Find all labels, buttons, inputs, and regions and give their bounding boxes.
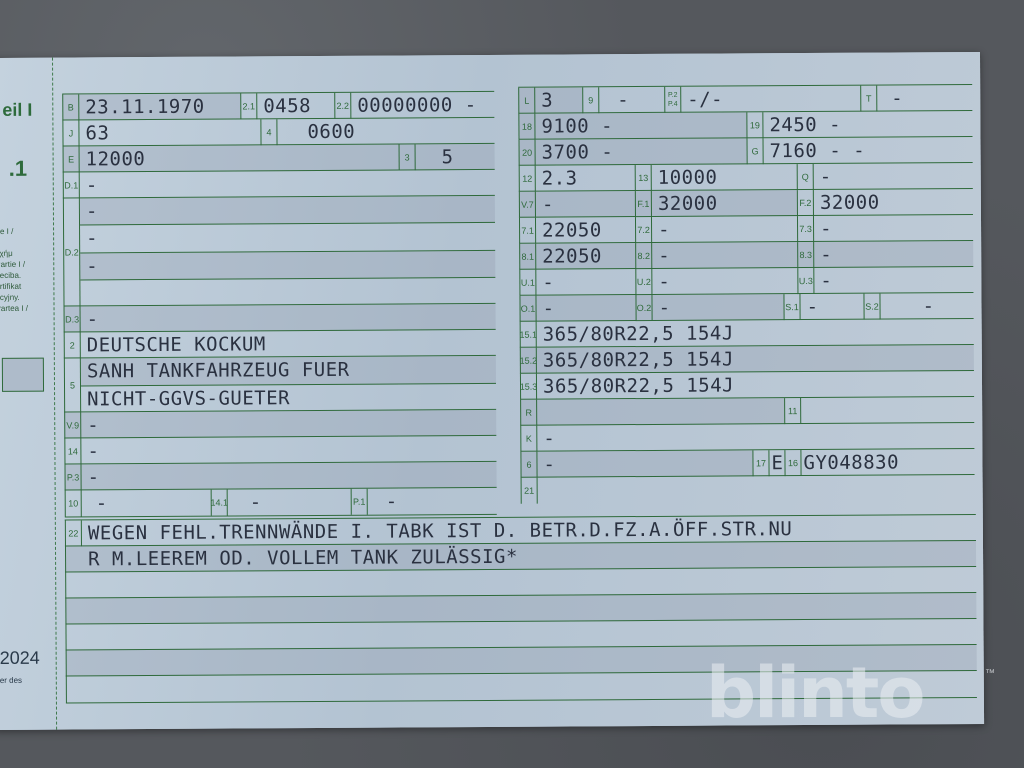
field-q: Q- bbox=[797, 163, 973, 190]
field-l: L3 bbox=[518, 87, 582, 113]
field-v9: V.9- bbox=[64, 410, 496, 439]
field-o1: O.1- bbox=[519, 295, 635, 322]
field-19: 192450 - bbox=[746, 111, 972, 138]
left-section: B23.11.1970 2.10458 2.200000000 - J63 40… bbox=[62, 73, 494, 76]
field-2-1: 2.10458 bbox=[240, 93, 334, 120]
row-j: J63 40600 bbox=[62, 117, 494, 147]
row-21: 21 bbox=[521, 474, 975, 504]
form-grid: B23.11.1970 2.10458 2.200000000 - J63 40… bbox=[62, 70, 972, 76]
row-5: 5 SANH TANKFAHRZEUG FUER NICHT-GGVS-GUET… bbox=[64, 355, 496, 413]
row-b: B23.11.1970 2.10458 2.200000000 - bbox=[62, 91, 494, 121]
row-18: 189100 - 192450 - bbox=[518, 110, 972, 140]
field-f1: F.132000 bbox=[635, 190, 797, 217]
row-15-3: 15.3365/80R22,5 154J bbox=[520, 370, 974, 400]
row-6: 6- 17E 16GY048830 bbox=[520, 448, 974, 478]
row-k: K- bbox=[520, 422, 974, 452]
stub-title: eil I bbox=[2, 100, 32, 121]
row-d3: D.3- bbox=[64, 303, 496, 333]
field-8-3: 8.3- bbox=[797, 241, 973, 268]
field-8-2: 8.2- bbox=[635, 242, 797, 269]
field-18: 189100 - bbox=[518, 112, 746, 139]
field-8-1: 8.122050 bbox=[519, 243, 635, 270]
field-6: 6- bbox=[520, 450, 752, 477]
field-d1: D.1- bbox=[63, 170, 495, 199]
row-d1: D.1- bbox=[63, 169, 495, 199]
field-7-2: 7.2- bbox=[635, 216, 797, 243]
row-v9: V.9- bbox=[64, 409, 496, 439]
row-e: E12000 35 bbox=[63, 143, 495, 173]
field-u2: U.2- bbox=[635, 268, 797, 295]
stub-languages: rte I / οχήμ Partie I / neciba. ertifika… bbox=[0, 226, 28, 314]
right-section: L3 9- P.2 P.4-/- T- 189100 - 192450 - 20… bbox=[518, 70, 972, 73]
field-s1: S.1- bbox=[783, 294, 863, 320]
field-2-manufacturer: 2DEUTSCHE KOCKUM bbox=[64, 330, 496, 359]
row-10: 10- 14.1- P.1- bbox=[65, 487, 497, 518]
field-10: 10- bbox=[65, 490, 211, 517]
field-4: 40600 bbox=[260, 118, 494, 145]
field-r: R bbox=[520, 398, 784, 426]
field-t: T- bbox=[860, 85, 972, 112]
trademark-symbol: ™ bbox=[985, 668, 995, 679]
stub-year: 2024 bbox=[0, 648, 40, 669]
row-d2: D.2 - - - bbox=[63, 195, 496, 307]
row-14: 14- bbox=[64, 435, 496, 465]
row-v7: V.7- F.132000 F.232000 bbox=[519, 188, 973, 218]
row-7-1: 7.122050 7.2- 7.3- bbox=[519, 214, 973, 244]
field-e: E12000 bbox=[63, 145, 399, 173]
field-p1: P.1- bbox=[351, 488, 497, 515]
document-stub: eil I .1 rte I / οχήμ Partie I / neciba.… bbox=[0, 58, 57, 730]
field-g: G7160 - - bbox=[747, 137, 973, 164]
row-20: 203700 - G7160 - - bbox=[519, 136, 973, 166]
field-11: 11 bbox=[784, 397, 974, 424]
row-15-1: 15.1365/80R22,5 154J bbox=[520, 318, 974, 348]
row-r: R 11 bbox=[520, 396, 974, 426]
field-v7: V.7- bbox=[519, 191, 635, 218]
field-d3: D.3- bbox=[64, 304, 496, 333]
field-p3: P.3- bbox=[64, 462, 496, 491]
stub-footer: er des bbox=[0, 676, 22, 685]
row-2: 2DEUTSCHE KOCKUM bbox=[64, 329, 496, 359]
field-d2: D.2 - - - bbox=[63, 196, 496, 307]
row-u1: U.1- U.2- U.3- bbox=[519, 266, 973, 296]
row-15-2: 15.2365/80R22,5 154J bbox=[520, 344, 974, 374]
row-8-1: 8.122050 8.2- 8.3- bbox=[519, 240, 973, 270]
field-o2: O.2- bbox=[635, 294, 783, 321]
field-16: 16GY048830 bbox=[784, 449, 974, 476]
field-j: J63 bbox=[62, 119, 260, 146]
field-5-vehicle-type: 5 SANH TANKFAHRZEUG FUER NICHT-GGVS-GUET… bbox=[64, 356, 496, 413]
field-12: 122.3 bbox=[519, 165, 635, 192]
field-9: 9- bbox=[582, 87, 664, 114]
row-o1: O.1- O.2- S.1- S.2- bbox=[519, 292, 973, 322]
field-b: B23.11.1970 bbox=[62, 93, 240, 120]
field-14: 14- bbox=[64, 436, 496, 465]
row-p3: P.3- bbox=[64, 461, 496, 491]
field-20: 203700 - bbox=[519, 138, 747, 165]
field-3: 35 bbox=[399, 144, 495, 171]
field-21: 21 bbox=[521, 475, 975, 504]
row-l: L3 9- P.2 P.4-/- T- bbox=[518, 84, 972, 114]
field-u1: U.1- bbox=[519, 269, 635, 296]
field-f2: F.232000 bbox=[797, 189, 973, 216]
field-7-3: 7.3- bbox=[797, 215, 973, 242]
field-s2: S.2- bbox=[863, 293, 973, 320]
stub-box bbox=[2, 358, 44, 392]
row-12: 122.3 1310000 Q- bbox=[519, 162, 973, 192]
field-u3: U.3- bbox=[797, 267, 973, 294]
stub-number: .1 bbox=[9, 156, 28, 182]
blinto-watermark: blinto bbox=[706, 652, 923, 734]
field-7-1: 7.122050 bbox=[519, 217, 635, 244]
field-17: 17E bbox=[752, 450, 784, 476]
registration-document: eil I .1 rte I / οχήμ Partie I / neciba.… bbox=[0, 52, 984, 730]
field-p2-p4: P.2 P.4-/- bbox=[664, 86, 860, 113]
field-13: 1310000 bbox=[635, 164, 797, 191]
field-2-2: 2.200000000 - bbox=[334, 92, 494, 119]
field-14-1: 14.1- bbox=[211, 489, 351, 516]
